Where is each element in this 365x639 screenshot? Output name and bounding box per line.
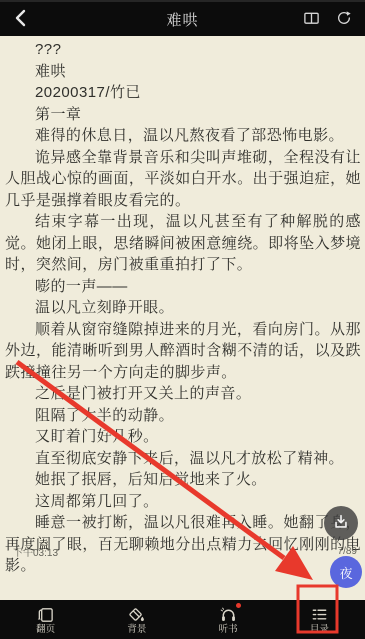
book-info-icon xyxy=(303,10,320,29)
paragraph: 温以凡立刻睁开眼。 xyxy=(5,297,361,319)
headphones-icon xyxy=(219,606,238,624)
paragraph: 难得的休息日，温以凡熬夜看了部恐怖电影。 xyxy=(5,125,361,147)
paragraph: 阻隔了大半的动静。 xyxy=(5,405,361,427)
paragraph: 睡意一被打断，温以凡很难再入睡。她翻了身，再度阖了眼，百无聊赖地分出点精力去回忆… xyxy=(5,512,361,577)
bottom-toolbar: 翻页 背景 听书 目录 xyxy=(0,600,365,639)
paragraph: 这周都第几回了。 xyxy=(5,491,361,513)
paragraph: 又盯着门好几秒。 xyxy=(5,426,361,448)
paragraph: 20200317/竹已 xyxy=(5,82,361,104)
paragraph: 结束字幕一出现，温以凡甚至有了种解脱的感觉。她闭上眼，思绪瞬间被困意缠绕。即将坠… xyxy=(5,211,361,276)
notification-dot xyxy=(236,603,241,608)
background-button[interactable]: 背景 xyxy=(91,600,182,639)
chevron-left-icon xyxy=(13,9,29,30)
night-mode-button[interactable]: 夜 xyxy=(330,556,362,588)
refresh-button[interactable] xyxy=(333,7,355,32)
paragraph: 她抿了抿唇，后知后觉地来了火。 xyxy=(5,469,361,491)
back-button[interactable] xyxy=(10,6,32,33)
paragraph: 嘭的一声—— xyxy=(5,276,361,298)
reading-area[interactable]: ??? 难哄 20200317/竹已 第一章 难得的休息日，温以凡熬夜看了部恐怖… xyxy=(0,36,365,600)
night-mode-label: 夜 xyxy=(339,563,352,582)
reader-app: 难哄 ??? 难哄 20200317/竹已 第一 xyxy=(0,0,365,639)
paragraph: 直至彻底安静下来后，温以凡才放松了精神。 xyxy=(5,448,361,470)
download-icon xyxy=(332,513,350,534)
refresh-icon xyxy=(336,10,352,29)
paragraph: 诡异感全靠背景音乐和尖叫声堆砌，全程没有让人胆战心惊的画面，平淡如白开水。出于强… xyxy=(5,147,361,212)
background-label: 背景 xyxy=(127,625,146,635)
toc-list-icon xyxy=(310,606,329,624)
page-flip-button[interactable]: 翻页 xyxy=(0,600,91,639)
toc-label: 目录 xyxy=(310,625,329,635)
download-button[interactable] xyxy=(324,506,358,540)
paragraph: 第一章 xyxy=(5,104,361,126)
listen-label: 听书 xyxy=(219,625,238,635)
paragraph: 顺着从窗帘缝隙掉进来的月光，看向房门。从那外边，能清晰听到男人醉酒时含糊不清的话… xyxy=(5,319,361,384)
toc-button[interactable]: 目录 xyxy=(274,600,365,639)
paragraph: 难哄 xyxy=(5,61,361,83)
topbar-actions xyxy=(300,7,355,32)
paragraph: 之后是门被打开又关上的声音。 xyxy=(5,383,361,405)
book-info-button[interactable] xyxy=(300,7,323,32)
chapter-text: ??? 难哄 20200317/竹已 第一章 难得的休息日，温以凡熬夜看了部恐怖… xyxy=(0,36,365,577)
listen-button[interactable]: 听书 xyxy=(183,600,274,639)
page-flip-icon xyxy=(36,606,55,624)
paint-bucket-icon xyxy=(127,606,146,624)
paragraph: ??? xyxy=(5,39,361,61)
top-bar: 难哄 xyxy=(0,0,365,36)
page-flip-label: 翻页 xyxy=(36,625,55,635)
